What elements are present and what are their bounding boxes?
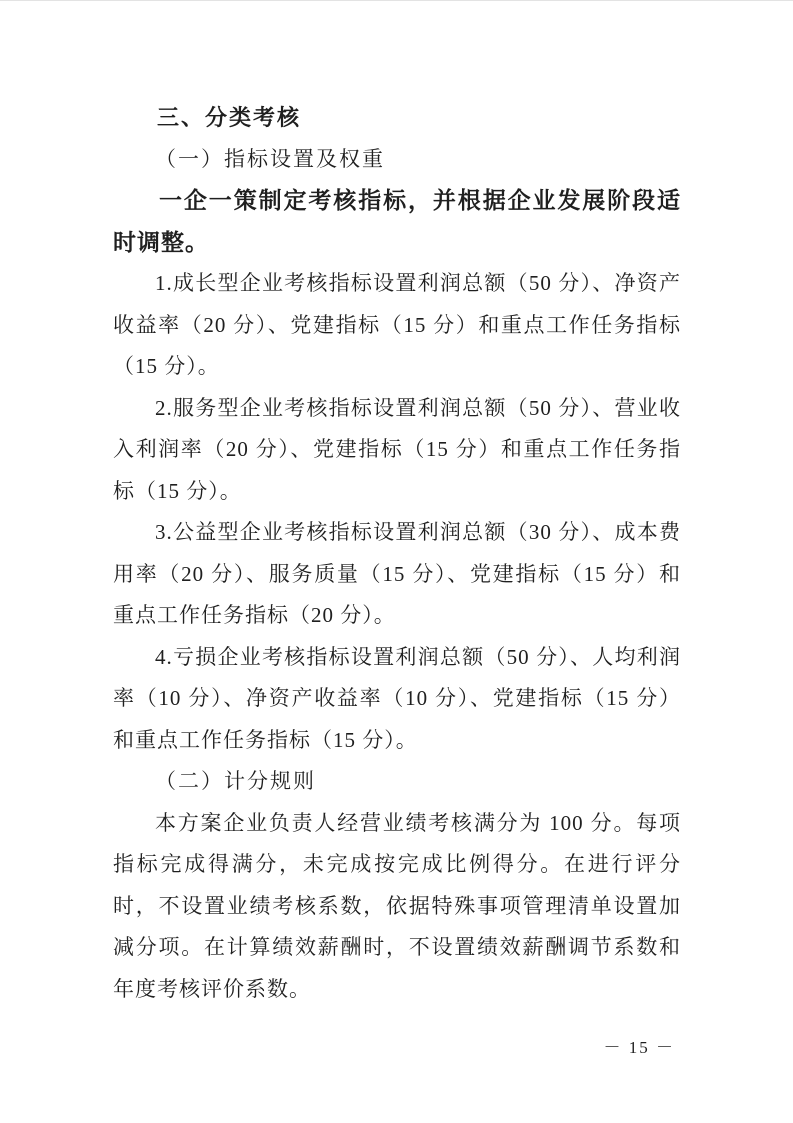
paragraph-service-enterprise-indicators: 2.服务型企业考核指标设置利润总额（50 分）、营业收入利润率（20 分）、党建… xyxy=(113,388,681,513)
page-number: － 15 － xyxy=(604,1037,676,1059)
document-text-block: 三、分类考核 （一）指标设置及权重 一企一策制定考核指标，并根据企业发展阶段适时… xyxy=(113,97,681,1010)
paragraph-scoring-rules-detail: 本方案企业负责人经营业绩考核满分为 100 分。每项指标完成得满分，未完成按完成… xyxy=(113,803,681,1011)
paragraph-loss-making-enterprise-indicators: 4.亏损企业考核指标设置利润总额（50 分）、人均利润率（10 分）、净资产收益… xyxy=(113,637,681,762)
emphasis-statement-one-enterprise-one-policy: 一企一策制定考核指标，并根据企业发展阶段适时调整。 xyxy=(113,180,681,263)
subsection-heading-scoring-rules: （二）计分规则 xyxy=(113,761,681,803)
paragraph-growth-enterprise-indicators: 1.成长型企业考核指标设置利润总额（50 分）、净资产收益率（20 分）、党建指… xyxy=(113,263,681,388)
section-heading-classification-assessment: 三、分类考核 xyxy=(113,97,681,139)
paragraph-public-welfare-enterprise-indicators: 3.公益型企业考核指标设置利润总额（30 分）、成本费用率（20 分）、服务质量… xyxy=(113,512,681,637)
subsection-heading-indicator-settings-weights: （一）指标设置及权重 xyxy=(113,139,681,181)
document-page: { "page": { "background": "#ffffff", "te… xyxy=(0,0,793,1123)
